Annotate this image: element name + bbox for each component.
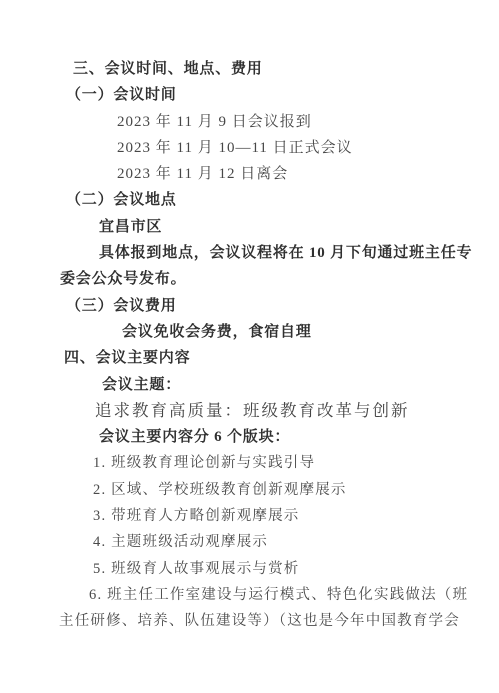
line-location-note-2: 委会公众号发布。	[60, 266, 499, 292]
list-item-6-line-2: 主任研修、培养、队伍建设等）（这也是今年中国教育学会	[59, 608, 499, 634]
list-item-6-line-1: 6. 班主任工作室建设与运行模式、特色化实践做法（班	[89, 582, 499, 608]
heading-content-blocks: 会议主要内容分 6 个版块：	[99, 424, 499, 450]
line-date-formal-meeting: 2023 年 11 月 10—11 日正式会议	[117, 135, 499, 161]
line-date-checkin: 2023 年 11 月 9 日会议报到	[117, 109, 499, 135]
list-item-1: 1. 班级教育理论创新与实践引导	[93, 450, 499, 476]
heading-meeting-theme: 会议主题：	[102, 372, 499, 398]
heading-meeting-time: （一）会议时间	[66, 82, 499, 108]
line-date-departure: 2023 年 11 月 12 日离会	[117, 161, 499, 187]
list-item-4: 4. 主题班级活动观摩展示	[93, 529, 499, 555]
line-location-city: 宜昌市区	[99, 214, 499, 240]
heading-section-four: 四、会议主要内容	[64, 345, 499, 371]
line-location-note-1: 具体报到地点，会议议程将在 10 月下旬通过班主任专	[99, 240, 499, 266]
heading-meeting-location: （二）会议地点	[66, 187, 499, 213]
line-theme-title: 追求教育高质量：班级教育改革与创新	[95, 398, 499, 424]
document-page: 三、会议时间、地点、费用 （一）会议时间 2023 年 11 月 9 日会议报到…	[0, 0, 499, 693]
heading-meeting-fee: （三）会议费用	[66, 293, 499, 319]
list-item-5: 5. 班级育人故事观展示与赏析	[93, 556, 499, 582]
line-fee-note: 会议免收会务费，食宿自理	[122, 319, 499, 345]
heading-section-three: 三、会议时间、地点、费用	[73, 56, 499, 82]
list-item-2: 2. 区域、学校班级教育创新观摩展示	[93, 477, 499, 503]
list-item-3: 3. 带班育人方略创新观摩展示	[93, 503, 499, 529]
